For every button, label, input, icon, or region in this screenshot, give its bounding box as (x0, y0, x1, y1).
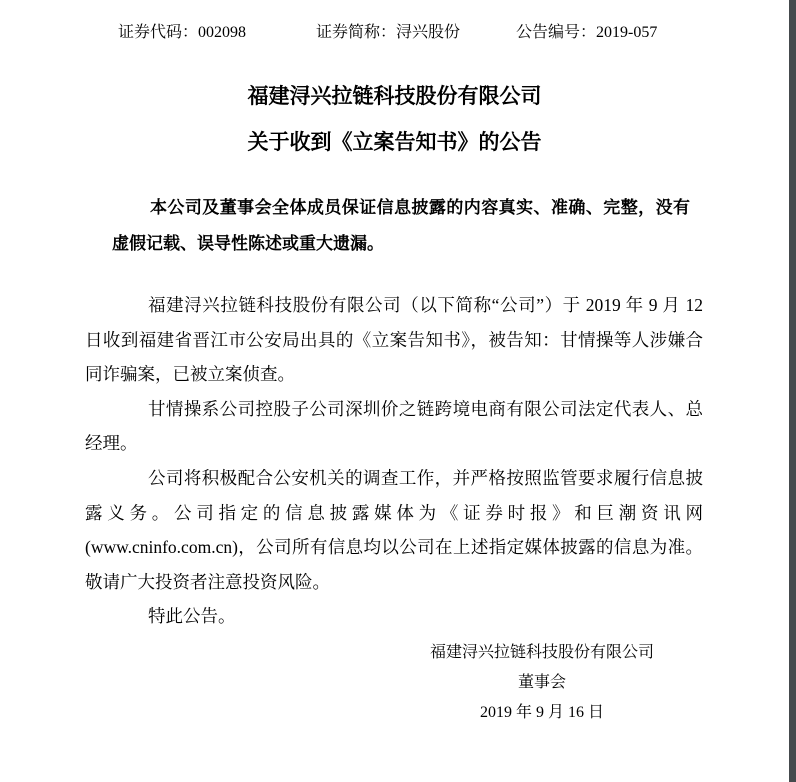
signature-date: 2019 年 9 月 16 日 (430, 698, 654, 728)
announcement-number: 公告编号：2019-057 (516, 24, 657, 41)
body-paragraph-disclosure-media: 公司将积极配合公安机关的调查工作，并严格按照监管要求履行信息披露义务。公司指定的… (85, 461, 703, 599)
announcement-body: 福建浔兴拉链科技股份有限公司（以下简称“公司”）于 2019 年 9 月 12 … (85, 288, 703, 634)
scrollbar-track[interactable] (789, 0, 796, 782)
signature-company: 福建浔兴拉链科技股份有限公司 (430, 638, 654, 668)
document-page: 证券代码：002098 证券简称：浔兴股份 公告编号：2019-057 福建浔兴… (0, 0, 796, 782)
closing-statement: 特此公告。 (85, 599, 703, 634)
pledge-paragraph: 本公司及董事会全体成员保证信息披露的内容真实、准确、完整，没有虚假记载、误导性陈… (112, 190, 690, 262)
stock-code: 证券代码：002098 (118, 24, 246, 41)
body-paragraph-person-role: 甘情操系公司控股子公司深圳价之链跨境电商有限公司法定代表人、总经理。 (85, 392, 703, 461)
company-title: 福建浔兴拉链科技股份有限公司 (0, 84, 789, 108)
announcement-title: 关于收到《立案告知书》的公告 (0, 130, 789, 154)
body-paragraph-filing-notice: 福建浔兴拉链科技股份有限公司（以下简称“公司”）于 2019 年 9 月 12 … (85, 288, 703, 392)
announcement-header: 证券代码：002098 证券简称：浔兴股份 公告编号：2019-057 (118, 19, 657, 42)
stock-abbreviation: 证券简称：浔兴股份 (316, 24, 460, 41)
signature-block: 福建浔兴拉链科技股份有限公司 董事会 2019 年 9 月 16 日 (430, 638, 654, 728)
signature-board: 董事会 (430, 668, 654, 698)
